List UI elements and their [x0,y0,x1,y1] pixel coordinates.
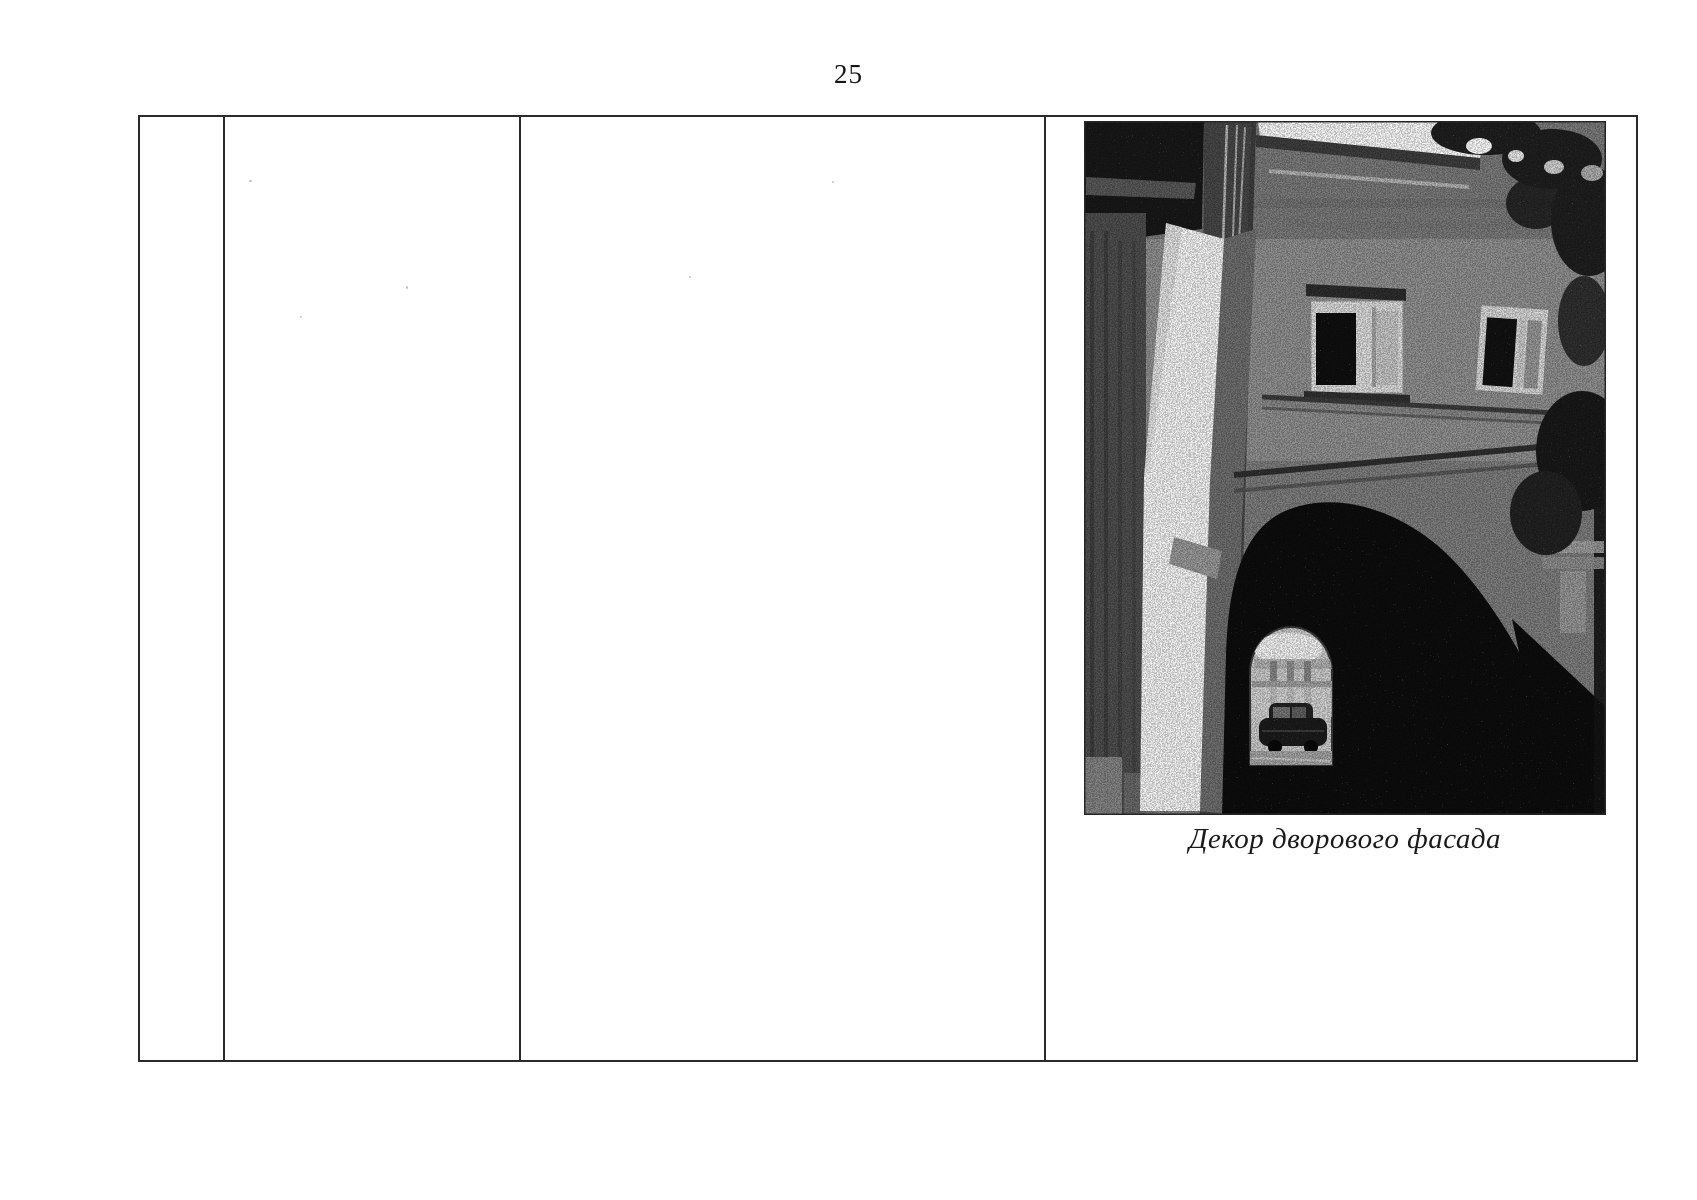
table-column-2 [225,117,521,1060]
courtyard-facade-photo [1084,121,1606,815]
table-column-1 [140,117,225,1060]
table-column-3 [521,117,1046,1060]
scanned-document-page: 25 [0,0,1697,1200]
page-number: 25 [0,59,1697,90]
scan-dust-speck [832,181,834,183]
scan-dust-speck [249,180,252,182]
figure-caption: Декор дворового фасада [1084,823,1606,856]
scan-dust-speck [300,316,302,318]
scan-dust-speck [689,276,691,278]
figure-courtyard-facade: Декор дворового фасада [1084,121,1606,856]
scan-dust-speck [406,286,408,289]
